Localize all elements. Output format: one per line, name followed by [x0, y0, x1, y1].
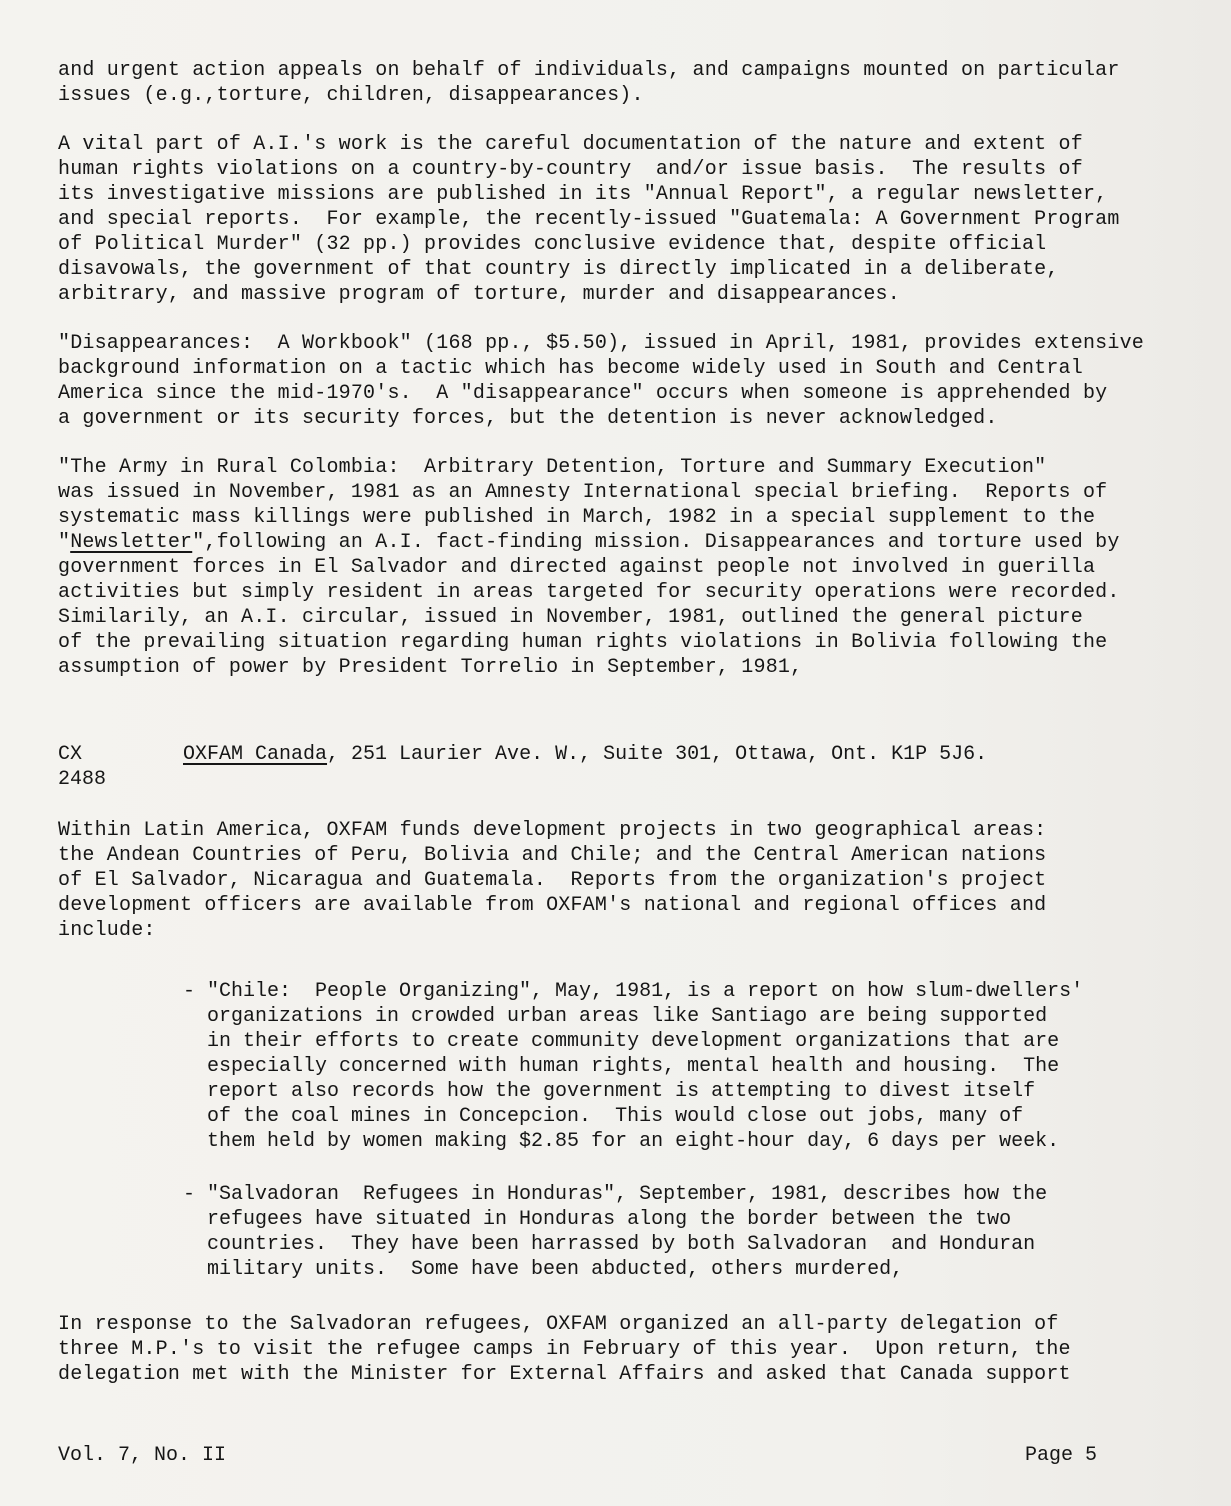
document-page: and urgent action appeals on behalf of i… — [0, 0, 1231, 1506]
paragraph-amnesty-briefings: "The Army in Rural Colombia: Arbitrary D… — [58, 455, 1175, 680]
volume-label: Vol. 7, No. II — [58, 1443, 226, 1468]
org-name-underlined: OXFAM Canada — [183, 743, 327, 766]
directory-entry-oxfam: CX 2488 OXFAM Canada, 251 Laurier Ave. W… — [58, 742, 1175, 792]
page-footer: Vol. 7, No. II Page 5 — [58, 1443, 1097, 1468]
list-item-text: "Salvadoran Refugees in Honduras", Septe… — [207, 1182, 1047, 1282]
paragraph-ai-documentation: A vital part of A.I.'s work is the caref… — [58, 132, 1175, 307]
paragraph-segment: ",following an A.I. fact-finding mission… — [58, 531, 1120, 679]
paragraph-intro-continuation: and urgent action appeals on behalf of i… — [58, 58, 1175, 108]
newsletter-underlined-text: Newsletter — [70, 531, 192, 554]
entry-address: OXFAM Canada, 251 Laurier Ave. W., Suite… — [183, 742, 987, 767]
list-item-text: "Chile: People Organizing", May, 1981, i… — [207, 979, 1083, 1154]
org-address: , 251 Laurier Ave. W., Suite 301, Ottawa… — [327, 743, 987, 766]
paragraph-disappearances-workbook: "Disappearances: A Workbook" (168 pp., $… — [58, 331, 1175, 431]
page-number: Page 5 — [1025, 1443, 1097, 1468]
dash-bullet-marker: - — [183, 979, 207, 1004]
entry-code: CX 2488 — [58, 742, 183, 792]
list-item-salvadoran-report: - "Salvadoran Refugees in Honduras", Sep… — [183, 1182, 1175, 1282]
dash-bullet-marker: - — [183, 1182, 207, 1207]
paragraph-oxfam-overview: Within Latin America, OXFAM funds develo… — [58, 818, 1175, 943]
list-item-chile-report: - "Chile: People Organizing", May, 1981,… — [183, 979, 1175, 1154]
report-list: - "Chile: People Organizing", May, 1981,… — [183, 979, 1175, 1282]
paragraph-delegation-response: In response to the Salvadoran refugees, … — [58, 1312, 1175, 1387]
